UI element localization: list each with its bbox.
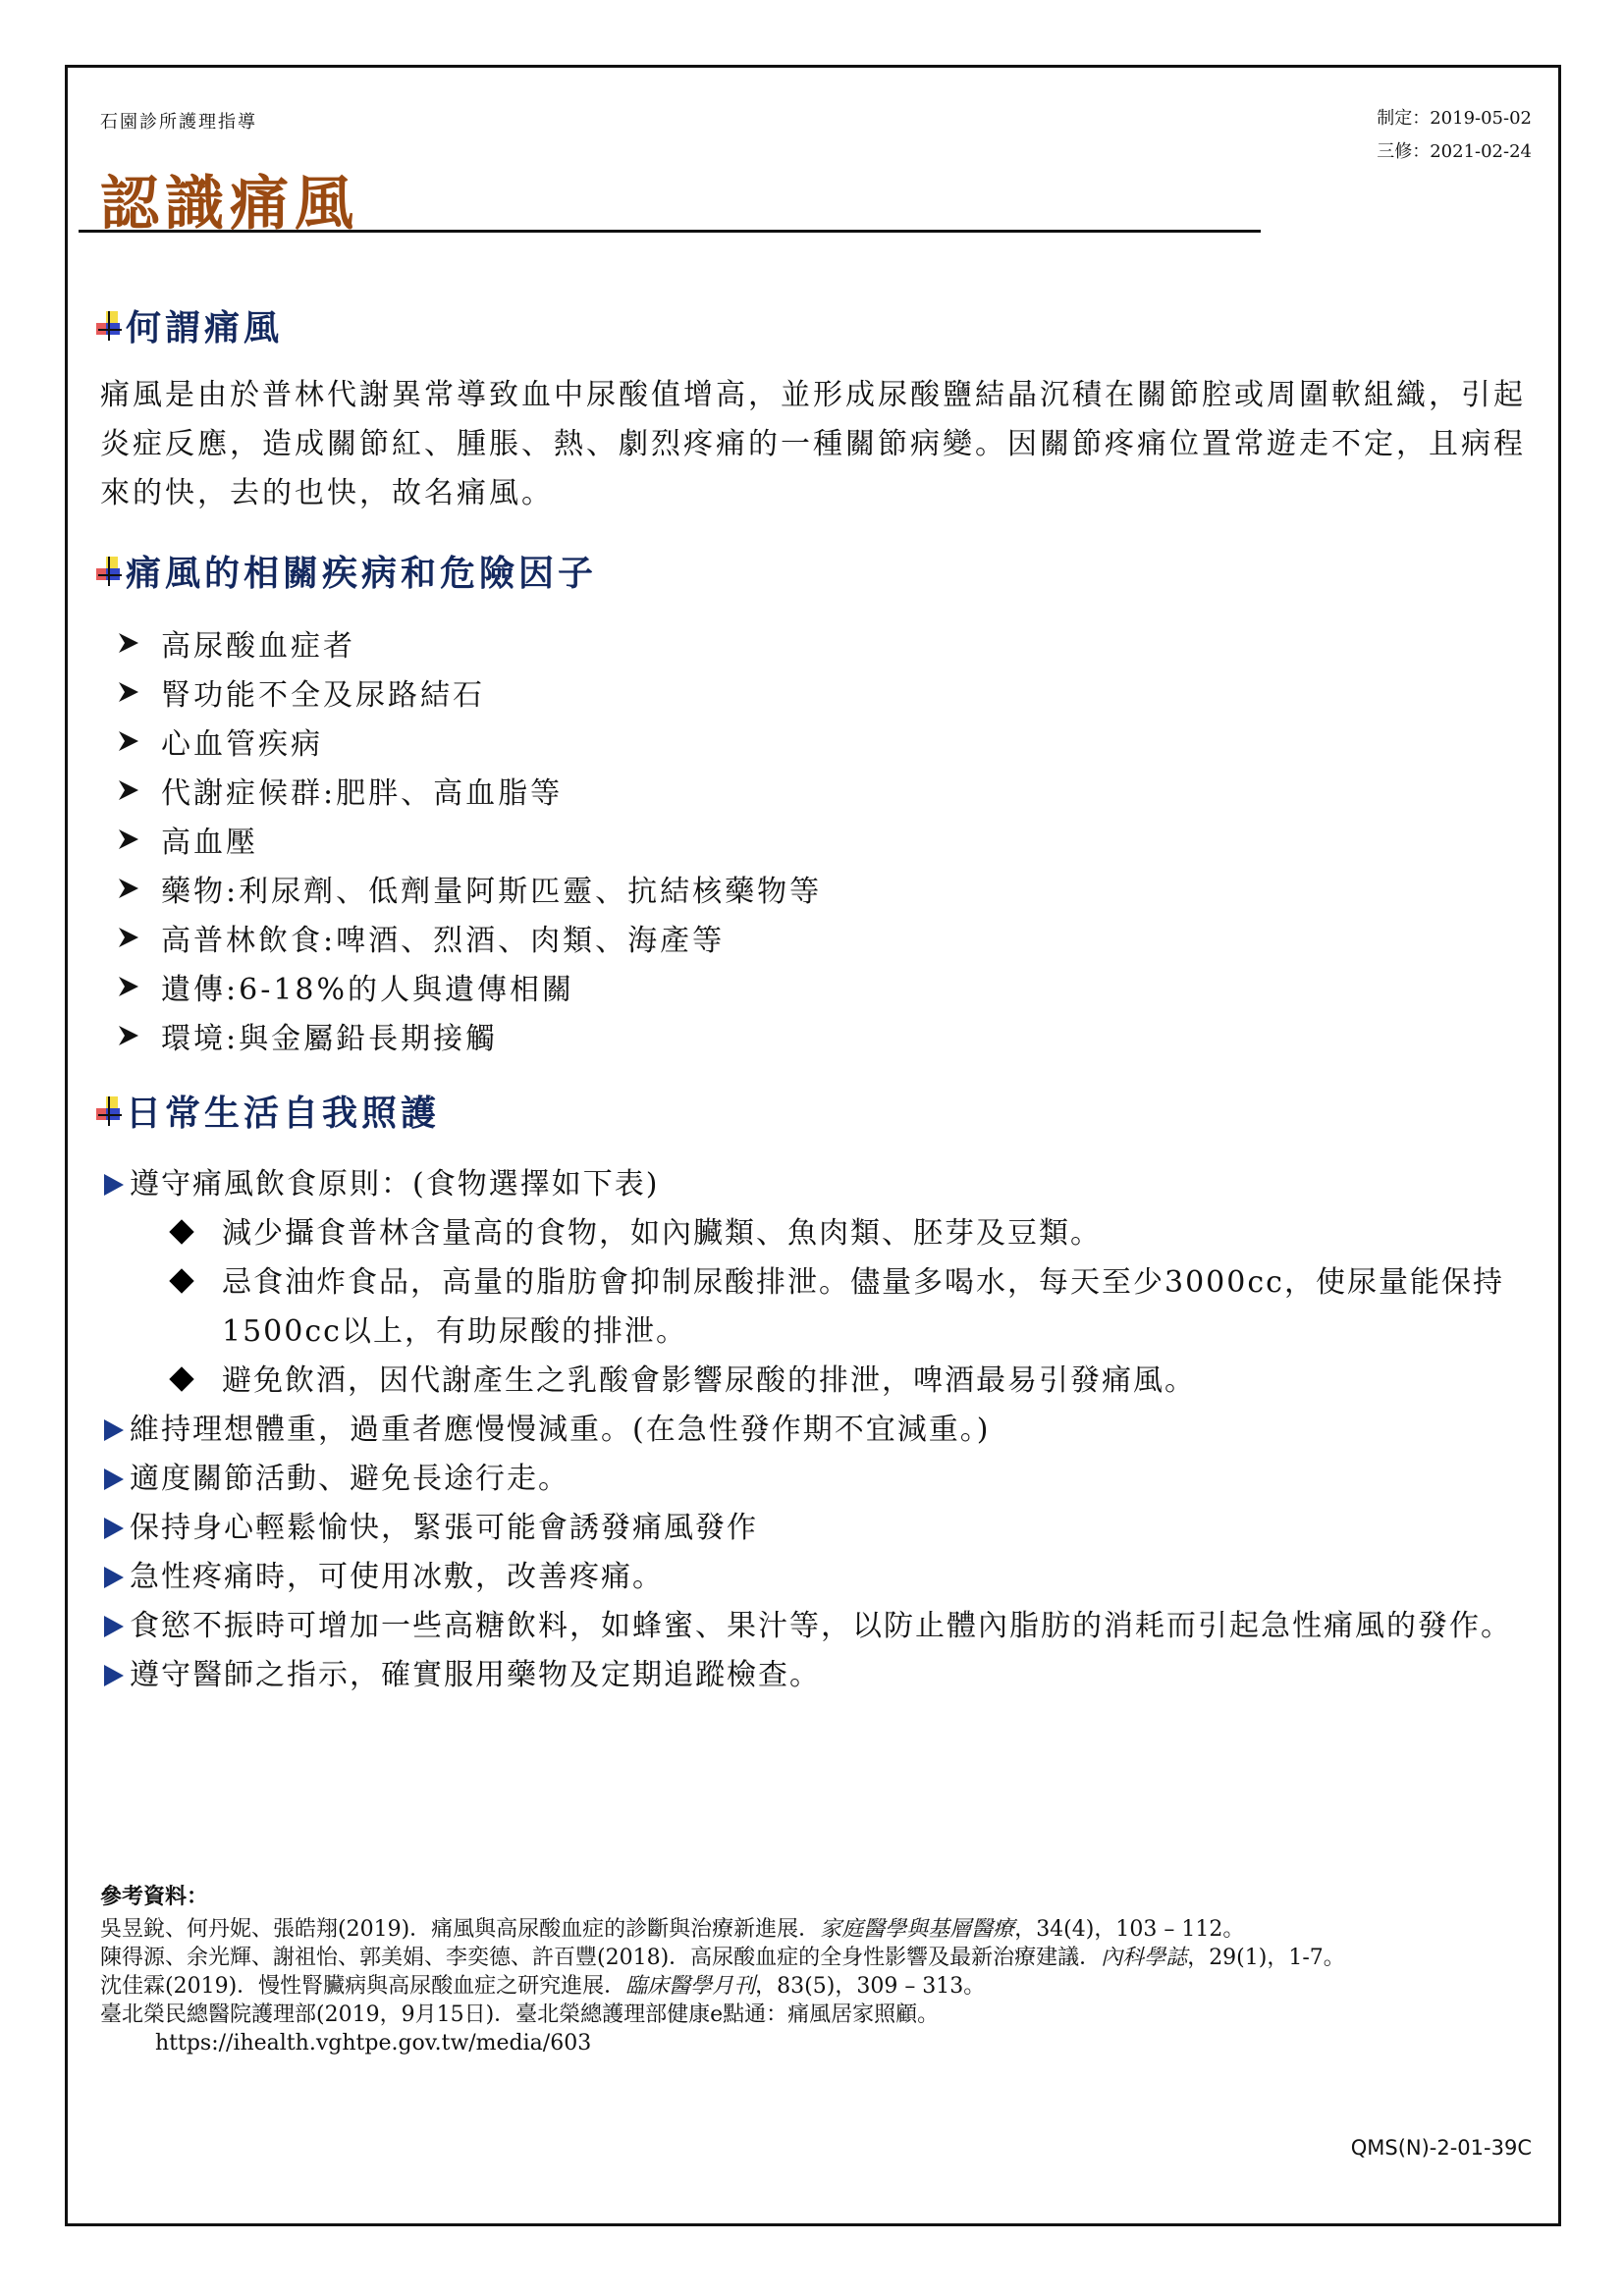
- list-item: 急性疼痛時，可使用冰敷，改善疼痛。: [104, 1553, 1547, 1602]
- document-code: QMS(N)-2-01-39C: [1351, 2136, 1532, 2160]
- arrowhead-icon: [118, 828, 139, 850]
- list-item: 保持身心輕鬆愉快，緊張可能會誘發痛風發作: [104, 1504, 1547, 1553]
- diamond-icon: [169, 1219, 193, 1244]
- arrowhead-icon: [118, 632, 139, 654]
- sub-list-item: 避免飲酒，因代謝產生之乳酸會影響尿酸的排泄，啤酒最易引發痛風。: [104, 1357, 1547, 1406]
- section-heading-risk-factors: 痛風的相關疾病和危險因子: [96, 546, 597, 596]
- triangle-right-icon: [104, 1174, 124, 1196]
- self-care-list: 遵守痛風飲食原則：(食物選擇如下表) 減少攝食普林含量高的食物，如內臟類、魚肉類…: [104, 1160, 1547, 1700]
- risk-factor-list: 高尿酸血症者 腎功能不全及尿路結石 心血管疾病 代謝症候群:肥胖、高血脂等 高血…: [118, 618, 822, 1060]
- diamond-icon: [169, 1268, 193, 1293]
- list-item: 高普林飲食:啤酒、烈酒、肉類、海產等: [118, 913, 822, 962]
- title-divider: [79, 230, 1261, 233]
- created-date: 制定：2019-05-02: [1377, 102, 1532, 135]
- section-heading-what-is-gout: 何謂痛風: [96, 300, 283, 350]
- list-item: 代謝症候群:肥胖、高血脂等: [118, 766, 822, 815]
- reference-entry: 臺北榮民總醫院護理部(2019，9月15日)．臺北榮總護理部健康e點通：痛風居家…: [100, 2001, 1553, 2029]
- cross-marker-icon: [96, 1096, 122, 1126]
- arrowhead-icon: [118, 878, 139, 899]
- document-dates: 制定：2019-05-02 三修：2021-02-24: [1377, 102, 1532, 169]
- list-item: 藥物:利尿劑、低劑量阿斯匹靈、抗結核藥物等: [118, 864, 822, 913]
- references-heading: 參考資料：: [100, 1883, 1553, 1911]
- list-item: 遺傳:6-18%的人與遺傳相關: [118, 962, 822, 1011]
- section-heading-text: 痛風的相關疾病和危險因子: [126, 546, 597, 596]
- reference-entry: 沈佳霖(2019)．慢性腎臟病與高尿酸血症之研究進展．臨床醫學月刊，83(5)，…: [100, 1972, 1553, 2001]
- list-item: 高血壓: [118, 815, 822, 864]
- arrowhead-icon: [118, 779, 139, 801]
- section-heading-self-care: 日常生活自我照護: [96, 1086, 440, 1136]
- triangle-right-icon: [104, 1518, 124, 1539]
- list-item: 食慾不振時可增加一些高糖飲料，如蜂蜜、果汁等，以防止體內脂肪的消耗而引起急性痛風…: [104, 1602, 1547, 1651]
- triangle-right-icon: [104, 1616, 124, 1637]
- arrowhead-icon: [118, 730, 139, 752]
- cross-marker-icon: [96, 311, 122, 341]
- definition-paragraph: 痛風是由於普林代謝異常導致血中尿酸值增高，並形成尿酸鹽結晶沉積在關節腔或周圍軟組…: [100, 371, 1534, 518]
- references: 參考資料： 吳昱銳、何丹妮、張皓翔(2019)．痛風與高尿酸血症的診斷與治療新進…: [100, 1883, 1553, 2057]
- arrowhead-icon: [118, 681, 139, 703]
- list-item: 高尿酸血症者: [118, 618, 822, 667]
- section-heading-text: 日常生活自我照護: [126, 1086, 440, 1136]
- section-heading-text: 何謂痛風: [126, 300, 283, 350]
- sub-list-item: 忌食油炸食品，高量的脂肪會抑制尿酸排泄。儘量多喝水，每天至少3000cc，使尿量…: [104, 1258, 1547, 1357]
- triangle-right-icon: [104, 1419, 124, 1441]
- reference-entry: 吳昱銳、何丹妮、張皓翔(2019)．痛風與高尿酸血症的診斷與治療新進展．家庭醫學…: [100, 1915, 1553, 1944]
- list-item: 適度關節活動、避免長途行走。: [104, 1455, 1547, 1504]
- arrowhead-icon: [118, 976, 139, 997]
- list-item: 遵守痛風飲食原則：(食物選擇如下表): [104, 1160, 1547, 1209]
- organization-label: 石園診所護理指導: [100, 108, 257, 133]
- list-item: 環境:與金屬鉛長期接觸: [118, 1011, 822, 1060]
- reference-url-link[interactable]: https://ihealth.vghtpe.gov.tw/media/603: [100, 2029, 1553, 2057]
- cross-marker-icon: [96, 557, 122, 586]
- triangle-right-icon: [104, 1665, 124, 1686]
- arrowhead-icon: [118, 927, 139, 948]
- diamond-icon: [169, 1366, 193, 1391]
- list-item: 遵守醫師之指示，確實服用藥物及定期追蹤檢查。: [104, 1651, 1547, 1700]
- sub-list-item: 減少攝食普林含量高的食物，如內臟類、魚肉類、胚芽及豆類。: [104, 1209, 1547, 1258]
- triangle-right-icon: [104, 1567, 124, 1588]
- list-item: 心血管疾病: [118, 717, 822, 766]
- list-item: 維持理想體重，過重者應慢慢減重。(在急性發作期不宜減重。): [104, 1406, 1547, 1455]
- triangle-right-icon: [104, 1468, 124, 1490]
- reference-entry: 陳得源、余光輝、謝祖怡、郭美娟、李奕德、許百豐(2018)．高尿酸血症的全身性影…: [100, 1944, 1553, 1972]
- revised-date: 三修：2021-02-24: [1377, 135, 1532, 169]
- list-item: 腎功能不全及尿路結石: [118, 667, 822, 717]
- arrowhead-icon: [118, 1025, 139, 1046]
